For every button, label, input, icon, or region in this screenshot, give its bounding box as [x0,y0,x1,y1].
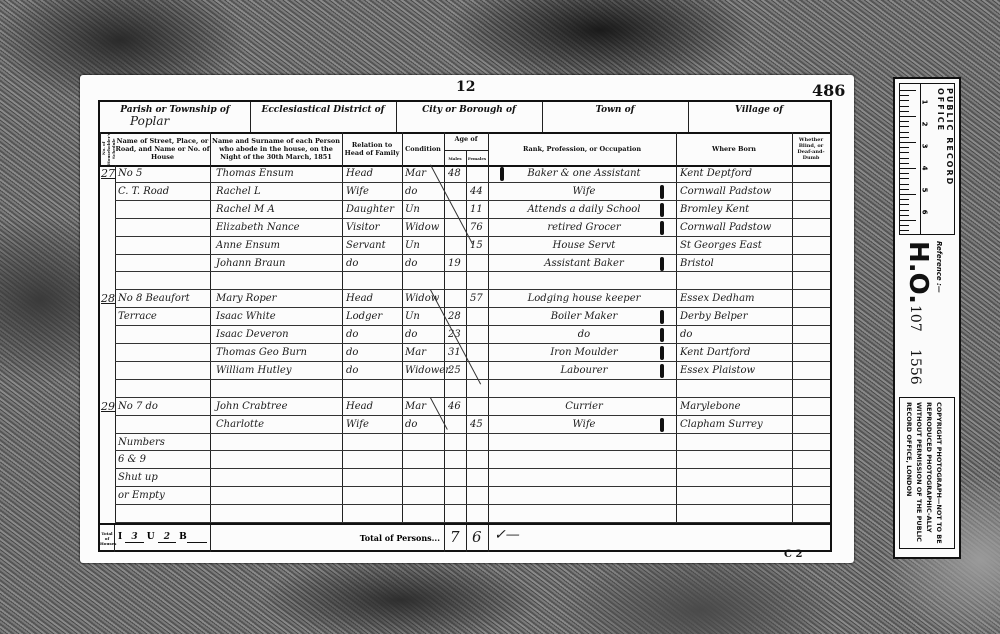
cell-occupation: House Servt [496,237,672,254]
cell-condition: Un [405,201,443,218]
cell-condition: Un [405,237,443,254]
cell-relation: do [346,362,400,379]
series-code: H.O. [903,241,933,304]
ruler-tick [900,126,909,127]
cell-schedule [101,183,115,200]
col-blind-deaf: Whether Blind, or Deaf-and-Dumb [792,132,830,165]
cell-born: Kent Dartford [680,344,790,361]
cell-relation: Servant [346,237,400,254]
cell-occupation: Baker & one Assistant [496,165,672,182]
parish-value: Poplar [100,114,250,128]
cell-occupation: Labourer [496,362,672,379]
total-persons-label: Total of Persons... [300,533,440,543]
ruler-tick [900,132,909,133]
ruler-tick [900,215,909,216]
cell-blind [795,451,829,468]
ruler-tick [900,116,916,117]
cell-age-f [470,487,488,504]
cell-blind [795,398,829,415]
cell-street [118,505,208,522]
cell-name: William Hutley [216,362,340,379]
cell-age-f [470,165,488,182]
total-houses-label: Total of Houses [100,525,115,552]
cell-relation: Head [346,165,400,182]
cell-age-f [470,451,488,468]
cell-condition: Un [405,308,443,325]
cell-name [216,505,340,522]
cell-age-m [448,487,466,504]
cell-blind [795,487,829,504]
col-age: Age of Males Females [444,132,489,165]
col-condition: Condition [402,132,445,165]
enumerator-tally-mark [660,221,664,235]
cell-street: C. T. Road [118,183,208,200]
cell-name: Anne Ensum [216,237,340,254]
cell-schedule [101,469,115,486]
cell-occupation: retired Grocer [496,219,672,236]
cell-occupation [496,380,672,397]
cell-schedule [101,416,115,433]
cell-schedule [101,272,115,289]
totals-row: Total of Houses I 3 U 2 B Total of Perso… [100,523,830,552]
ruler-scale-number: 6 [920,210,928,215]
cell-street: No 8 Beaufort [118,290,208,307]
cell-schedule [101,434,115,451]
ruler-tick [900,121,909,122]
cell-name: John Crabtree [216,398,340,415]
cell-name [216,469,340,486]
cell-born: Marylebone [680,398,790,415]
cell-blind [795,183,829,200]
cell-street [118,201,208,218]
house-totals: I 3 U 2 B [118,532,210,542]
cell-schedule [101,326,115,343]
cell-name: Rachel M A [216,201,340,218]
cell-born: Essex Dedham [680,290,790,307]
cell-blind [795,434,829,451]
cell-age-f [470,308,488,325]
enumerator-tally-mark [660,257,664,271]
cell-schedule: 27 [101,165,115,182]
col-age-males: Males [444,150,467,166]
cell-occupation: Currier [496,398,672,415]
location-header: Parish or Township of Poplar Ecclesiasti… [100,102,830,134]
cell-blind [795,505,829,522]
enumerator-tally-mark [660,364,664,378]
enumerator-tally-mark [660,328,664,342]
cell-age-f: 76 [470,219,488,236]
cell-blind [795,237,829,254]
col-where-born: Where Born [676,132,793,165]
cell-street: Shut up [118,469,208,486]
cell-occupation [496,469,672,486]
cell-condition: Widow [405,219,443,236]
cell-age-f [470,326,488,343]
cell-age-f [470,469,488,486]
cell-born: Clapham Surrey [680,416,790,433]
cell-born [680,380,790,397]
cell-born: Derby Belper [680,308,790,325]
cell-born: Kent Deptford [680,165,790,182]
cell-name [216,434,340,451]
page-number: 12 [456,79,475,95]
cell-relation [346,272,400,289]
col-occupation: Rank, Profession, or Occupation [488,132,677,165]
cell-age-m [448,451,466,468]
cell-age-m [448,434,466,451]
cell-schedule [101,237,115,254]
ruler-scale-number: 5 [920,188,928,193]
folio-reference: 1556 [907,349,923,385]
ruler-tick [900,152,909,153]
cell-schedule [101,255,115,272]
cell-age-m [448,237,466,254]
ruler-tick [900,90,916,91]
total-males: 7 [450,528,460,546]
cell-street [118,219,208,236]
cell-occupation: Lodging house keeper [496,290,672,307]
ruler-tick [900,147,909,148]
enumerator-tally-mark [660,203,664,217]
cell-street: Numbers [118,434,208,451]
cell-born: Bromley Kent [680,201,790,218]
record-office-ruler: PUBLIC RECORD OFFICE 123456 H.O. Referen… [893,77,961,559]
cell-age-m [448,380,466,397]
cell-age-f [470,344,488,361]
ruler-tick [900,158,909,159]
cell-relation [346,469,400,486]
cell-name: Johann Braun [216,255,340,272]
cell-age-f: 57 [470,290,488,307]
cell-blind [795,201,829,218]
col-relation: Relation to Head of Family [342,132,403,165]
cell-age-f [470,255,488,272]
cell-age-m: 46 [448,398,466,415]
cell-age-m: 19 [448,255,466,272]
ruler-tick [900,194,916,195]
cell-blind [795,165,829,182]
cell-occupation [496,487,672,504]
ruler-tick [900,230,909,231]
ruler-tick [900,178,909,179]
cell-blind [795,255,829,272]
cell-relation [346,505,400,522]
cell-name: Thomas Geo Burn [216,344,340,361]
cell-relation [346,487,400,504]
cell-born [680,505,790,522]
total-females: 6 [472,528,482,546]
census-table: Parish or Township of Poplar Ecclesiasti… [98,100,832,552]
cell-condition: do [405,416,443,433]
cell-age-f [470,505,488,522]
ruler-tick [900,163,909,164]
enumerator-tally-mark [660,346,664,360]
cell-street: 6 & 9 [118,451,208,468]
cell-street [118,344,208,361]
ruler-tick [900,225,909,226]
cell-condition [405,505,443,522]
col-name: Name and Surname of each Person who abod… [210,132,343,165]
cell-age-m [448,183,466,200]
cell-blind [795,290,829,307]
cell-street: Terrace [118,308,208,325]
cell-occupation: Wife [496,416,672,433]
cell-name [216,451,340,468]
cell-born [680,451,790,468]
cell-age-m: 25 [448,362,466,379]
cell-schedule [101,451,115,468]
ruler-tick [900,189,909,190]
city-cell: City or Borough of [396,102,543,132]
cell-schedule: 29 [101,398,115,415]
ruler-tick [900,168,916,169]
cell-age-m [448,416,466,433]
ruler-tick [900,111,909,112]
cell-street: No 5 [118,165,208,182]
cell-relation: do [346,255,400,272]
cell-name [216,380,340,397]
cell-born [680,272,790,289]
cell-street [118,272,208,289]
cell-age-f: 15 [470,237,488,254]
ruler-tick [900,100,909,101]
cell-schedule: 28 [101,290,115,307]
town-cell: Town of [542,102,689,132]
cell-schedule [101,308,115,325]
cell-age-m [448,272,466,289]
census-rows: 27No 5Thomas EnsumHeadMar48Baker & one A… [100,165,830,523]
cell-occupation [496,272,672,289]
enumerator-tally-mark [660,418,664,432]
cell-relation: do [346,344,400,361]
cell-born [680,434,790,451]
ruler-scale-number: 2 [920,122,928,127]
cell-schedule [101,362,115,379]
cell-name [216,272,340,289]
parish-cell: Parish or Township of Poplar [100,102,251,132]
enumerator-tally-mark [500,167,504,181]
cell-relation: Lodger [346,308,400,325]
cell-schedule [101,344,115,361]
cell-street [118,380,208,397]
cell-born: Cornwall Padstow [680,219,790,236]
cell-relation: Visitor [346,219,400,236]
cell-condition: Widower [405,362,443,379]
cell-occupation [496,434,672,451]
cell-name: Elizabeth Nance [216,219,340,236]
cell-relation [346,434,400,451]
copyright-notice: COPYRIGHT PHOTOGRAPH—NOT TO BE REPRODUCE… [904,402,944,544]
cell-condition: do [405,183,443,200]
cell-blind [795,362,829,379]
cell-street: No 7 do [118,398,208,415]
ruler-tick [900,173,909,174]
cell-relation: do [346,326,400,343]
cell-name: Rachel L [216,183,340,200]
cell-born [680,487,790,504]
cell-age-m [448,290,466,307]
cell-condition: do [405,326,443,343]
ruler-scale-number: 1 [920,100,928,105]
cell-age-f [470,272,488,289]
ruler-tick [900,199,909,200]
cell-schedule [101,201,115,218]
col-schedule: No. of Householder's Schedule [100,132,116,165]
ruler-tick [900,184,909,185]
cell-born: St Georges East [680,237,790,254]
cell-born: Cornwall Padstow [680,183,790,200]
cell-born: do [680,326,790,343]
cell-street [118,255,208,272]
cell-occupation: Assistant Baker [496,255,672,272]
cell-name: Mary Roper [216,290,340,307]
cell-name [216,487,340,504]
cell-condition: do [405,255,443,272]
cell-condition [405,469,443,486]
ruler-scale: PUBLIC RECORD OFFICE 123456 [899,83,955,235]
cell-schedule [101,219,115,236]
cell-street [118,362,208,379]
cell-street: or Empty [118,487,208,504]
cell-relation: Head [346,290,400,307]
cell-relation [346,380,400,397]
cell-relation: Wife [346,183,400,200]
enumerator-tally-mark [660,185,664,199]
col-street: Name of Street, Place, or Road, and Name… [115,132,211,165]
census-page: 12 486 Parish or Township of Poplar Eccl… [80,75,854,563]
cell-street [118,416,208,433]
cell-condition [405,451,443,468]
cell-age-f: 45 [470,416,488,433]
cell-born [680,469,790,486]
cell-schedule [101,487,115,504]
cell-occupation: Iron Moulder [496,344,672,361]
cell-name: Isaac White [216,308,340,325]
cell-schedule [101,505,115,522]
cell-occupation: do [496,326,672,343]
ruler-tick [900,95,909,96]
cell-blind [795,469,829,486]
ecclesiastical-cell: Ecclesiastical District of [250,102,397,132]
cell-blind [795,272,829,289]
cell-condition: Mar [405,344,443,361]
cell-blind [795,308,829,325]
cell-age-f [470,398,488,415]
cell-relation [346,451,400,468]
village-cell: Village of [688,102,830,132]
cell-blind [795,219,829,236]
cell-age-m [448,505,466,522]
cell-born: Bristol [680,255,790,272]
cell-relation: Wife [346,416,400,433]
total-check-mark: ✓— [494,527,520,543]
cell-name: Charlotte [216,416,340,433]
ruler-scale-number: 3 [920,144,928,149]
cell-condition [405,434,443,451]
cell-age-m: 28 [448,308,466,325]
ruler-scale-number: 4 [920,166,928,171]
ruler-tick [900,106,909,107]
cell-condition [405,272,443,289]
cell-blind [795,326,829,343]
piece-number: 107 [907,305,923,332]
ruler-tick [900,220,916,221]
cell-occupation: Boiler Maker [496,308,672,325]
cell-occupation [496,451,672,468]
folio-number: 486 [812,81,845,100]
cell-blind [795,380,829,397]
cell-occupation: Wife [496,183,672,200]
cell-age-f: 11 [470,201,488,218]
footer-mark: C 2 [784,549,802,560]
cell-relation: Daughter [346,201,400,218]
cell-street [118,237,208,254]
cell-age-f [470,434,488,451]
ruler-tick [900,204,909,205]
cell-blind [795,416,829,433]
cell-name: Thomas Ensum [216,165,340,182]
cell-name: Isaac Deveron [216,326,340,343]
cell-occupation [496,505,672,522]
cell-condition [405,487,443,504]
cell-street [118,326,208,343]
ruler-tick [900,142,916,143]
reference-label: Reference :— [935,241,943,293]
ruler-title: PUBLIC RECORD OFFICE [936,88,954,234]
cell-schedule [101,380,115,397]
cell-condition [405,380,443,397]
cell-occupation: Attends a daily School [496,201,672,218]
cell-age-f: 44 [470,183,488,200]
enumerator-tally-mark [660,310,664,324]
ruler-tick [900,137,909,138]
cell-born: Essex Plaistow [680,362,790,379]
cell-age-m [448,469,466,486]
ruler-tick [900,210,909,211]
column-headers: No. of Householder's Schedule Name of St… [100,132,830,167]
cell-relation: Head [346,398,400,415]
cell-blind [795,344,829,361]
cell-age-m: 48 [448,165,466,182]
col-age-females: Females [466,150,488,166]
